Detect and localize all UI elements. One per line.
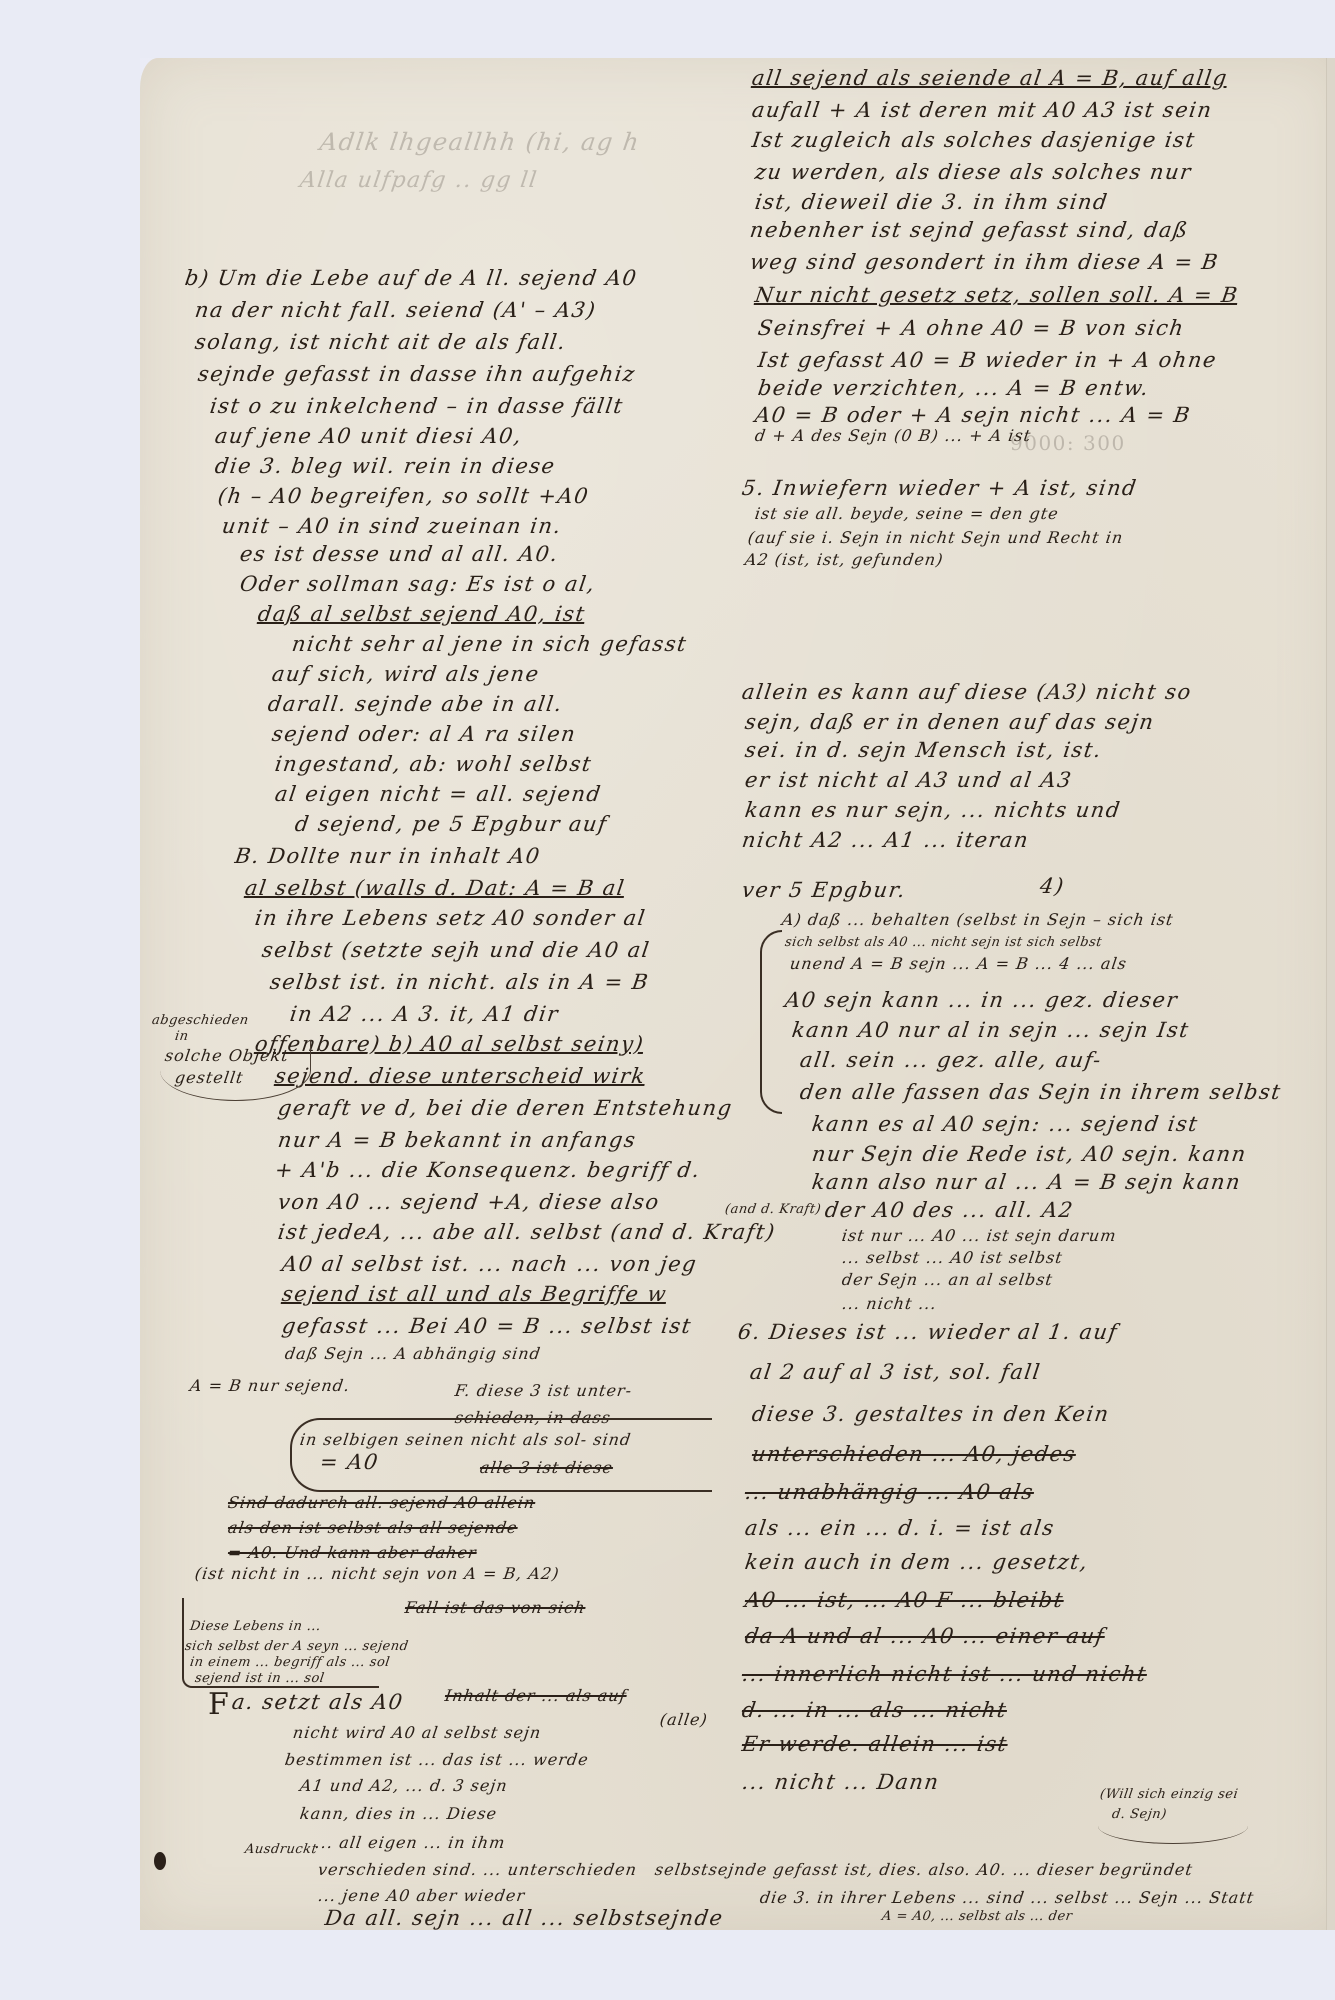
section-5-line: ist sie all. beyde, seine = den gte	[754, 506, 1060, 522]
text-line: von A0 ... sejend +A, diese also	[277, 1192, 662, 1213]
paragraph-line: sejn, daß er in denen auf das sejn	[744, 712, 1156, 733]
text-line: geraft ve d, bei die deren Entstehung	[277, 1098, 735, 1119]
text-line: sejend. diese unterscheid wirk	[274, 1066, 648, 1087]
section-5-line: A2 (ist, ist, gefunden)	[744, 552, 945, 568]
paragraph-line: nicht A2 ... A1 ... iteran	[741, 830, 1031, 851]
section-6-line: als ... ein ... d. i. = ist als	[744, 1518, 1057, 1539]
text-line: auf sich, wird als jene	[271, 664, 542, 685]
text-line: es ist desse und al all. A0.	[239, 544, 561, 565]
struck-line: Inhalt der ... als auf	[444, 1688, 628, 1704]
text-line: in ihre Lebens setz A0 sonder al	[254, 908, 648, 929]
section-4-line: nur Sejn die Rede ist, A0 sejn. kann	[811, 1144, 1249, 1165]
note-lead: F. diese 3 ist unter-	[454, 1383, 633, 1399]
text-line: sejend oder: al A ra silen	[271, 724, 578, 745]
text-line: daß al selbst sejend A0, ist	[257, 604, 587, 625]
closing-note: (Will sich einzig sei	[1099, 1788, 1239, 1801]
paragraph-line: ver 5 Epgbur.	[741, 880, 908, 901]
bleedthrough-text: Alla ulfpafg .. gg ll	[298, 170, 539, 192]
text-line: verschieden sind. ... unterschieden	[317, 1862, 638, 1878]
struck-line: Fall ist das von sich	[404, 1600, 587, 1616]
bottom-line: A = A0, ... selbst als ... der	[881, 1910, 1073, 1923]
bleedthrough-text: Adlk lhgeallhh (hi, ag h	[318, 130, 641, 154]
note-bracket	[290, 1418, 712, 1492]
text-line: darall. sejnde abe in all.	[267, 694, 565, 715]
section-4-line: der A0 des ... all. A2	[824, 1200, 1076, 1221]
text-line: al eigen nicht = all. sejend	[274, 784, 603, 805]
section-4-line: unend A = B sejn ... A = B ... 4 ... als	[789, 956, 1128, 972]
paragraph-line: kann es nur sejn, ... nichts und	[744, 800, 1123, 821]
text-line: Da all. sejn ... all ... selbstsejnde	[324, 1908, 725, 1929]
text-line: A0 al selbst ist. ... nach ... von jeg	[281, 1254, 699, 1275]
text-line: A = B nur sejend.	[189, 1378, 351, 1394]
section-4-line: ... nicht ...	[841, 1296, 938, 1312]
text-line: selbst ist. in nicht. als in A = B	[269, 972, 651, 993]
text-line: nur A = B bekannt in anfangs	[277, 1130, 638, 1151]
section-4-line: kann also nur al ... A = B sejn kann	[811, 1172, 1243, 1193]
text-line: + A'b ... die Konsequenz. begriff d.	[274, 1160, 702, 1181]
text-line: (h – A0 begreifen, so sollt +A0	[217, 486, 591, 507]
f-note-label: a. setzt als A0	[231, 1692, 405, 1713]
section-number: 4)	[1039, 876, 1067, 897]
text-line: d sejend, pe 5 Epgbur auf	[294, 814, 609, 835]
text-line: Ist zugleich als solches dasjenige ist	[751, 130, 1197, 151]
text-line: b) Um die Lebe auf de A ll. sejend A0	[184, 268, 639, 289]
section-6-line: kein auch in dem ... gesetzt,	[744, 1552, 1090, 1573]
margin-note: abgeschieden	[151, 1014, 249, 1027]
side-note: (and d. Kraft)	[724, 1203, 822, 1216]
text-line: gefasst ... Bei A0 = B ... selbst ist	[281, 1316, 694, 1337]
text-line: nicht wird A0 al selbst sejn	[292, 1725, 543, 1741]
section-5-line: (auf sie i. Sejn in nicht Sejn und Recht…	[747, 530, 1124, 546]
text-line: offenbare) b) A0 al selbst seiny)	[254, 1034, 646, 1055]
text-line: ist o zu inkelchend – in dasse fällt	[209, 396, 625, 417]
section-4-line: ... selbst ... A0 ist selbst	[841, 1250, 1064, 1266]
section-5-line: 5. Inwiefern wieder + A ist, sind	[741, 478, 1139, 499]
text-line: nicht sehr al jene in sich gefasst	[291, 634, 689, 655]
text-line: na der nicht fall. seiend (A' – A3)	[194, 300, 598, 321]
section-4-line: all. sein ... gez. alle, auf-	[799, 1050, 1104, 1071]
text-line: aufall + A ist deren mit A0 A3 ist sein	[751, 100, 1214, 121]
section-6-line: unterschieden ... A0, jedes	[751, 1444, 1078, 1465]
text-line: die 3. bleg wil. rein in diese	[214, 456, 557, 477]
text-line: nebenher ist sejnd gefasst sind, daß	[749, 220, 1191, 241]
section-6-line: al 2 auf al 3 ist, sol. fall	[749, 1362, 1043, 1383]
paragraph-line: er ist nicht al A3 und al A3	[744, 770, 1074, 791]
text-line: Oder sollman sag: Es ist o al,	[239, 574, 597, 595]
text-line: bestimmen ist ... das ist ... werde	[284, 1752, 590, 1768]
text-line: beide verzichten, ... A = B entw.	[757, 378, 1151, 399]
section-4-line: kann es al A0 sejn: ... sejend ist	[811, 1114, 1200, 1135]
struck-line: = A0. Und kann aber daher	[227, 1545, 478, 1561]
paragraph-line: allein es kann auf diese (A3) nicht so	[741, 682, 1194, 703]
text-line: sejnde gefasst in dasse ihn aufgehiz	[197, 364, 638, 385]
text-line: ... all eigen ... in ihm	[314, 1835, 507, 1851]
text-line: d + A des Sejn (0 B) ... + A ist	[754, 428, 1032, 444]
text-line: ist, dieweil die 3. in ihm sind	[754, 192, 1110, 213]
text-line: Seinsfrei + A ohne A0 = B von sich	[757, 318, 1186, 339]
ink-blot	[154, 1852, 166, 1870]
text-line: A1 und A2, ... d. 3 sejn	[299, 1778, 509, 1794]
text-line: Nur nicht gesetz setz, sollen soll. A = …	[754, 285, 1240, 306]
text-line: auf jene A0 unit diesi A0,	[214, 426, 524, 447]
margin-note: Ausdruckt	[244, 1843, 318, 1856]
paragraph-line: sei. in d. sejn Mensch ist, ist.	[744, 740, 1104, 761]
section-6-line: ... innerlich nicht ist ... und nicht	[741, 1664, 1149, 1685]
text-line: daß Sejn ... A abhängig sind	[284, 1346, 542, 1362]
text-line: A0 = B oder + A sejn nicht ... A = B	[754, 405, 1193, 426]
text-line: all sejend als seiende al A = B, auf all…	[751, 68, 1230, 89]
section-6-line: A0 ... ist, ... A0 F ... bleibt	[744, 1590, 1066, 1611]
bottom-line: selbstsejnde gefasst ist, dies. also. A0…	[654, 1862, 1194, 1878]
text-line: (ist nicht in ... nicht sejn von A = B, …	[194, 1566, 561, 1582]
section-4-line: der Sejn ... an al selbst	[841, 1272, 1054, 1288]
text-line: kann, dies in ... Diese	[299, 1806, 498, 1822]
page-fold-edge	[1326, 58, 1335, 1930]
section-6-line: 6. Dieses ist ... wieder al 1. auf	[737, 1322, 1120, 1343]
text-line: ingestand, ab: wohl selbst	[274, 754, 594, 775]
section-6-line: da A und al ... A0 ... einer auf	[744, 1626, 1107, 1647]
section-4-line: den alle fassen das Sejn in ihrem selbst	[799, 1082, 1283, 1103]
text-line: in A2 ... A 3. it, A1 dir	[289, 1004, 561, 1025]
text-line: unit – A0 in sind zueinan in.	[221, 516, 564, 537]
text-line: ist jedeA, ... abe all. selbst (and d. K…	[277, 1222, 778, 1243]
section-4-line: ist nur ... A0 ... ist sejn darum	[841, 1228, 1118, 1244]
struck-line: Sind dadurch all. sejend A0 allein	[227, 1495, 536, 1511]
section-bracket	[760, 930, 782, 1114]
closing-note-underline	[1098, 1808, 1248, 1844]
text-line: selbst (setzte sejh und die A0 al	[261, 940, 652, 961]
section-6-line: d. ... in ... als ... nicht	[741, 1700, 1009, 1721]
section-4-line: A0 sejn kann ... in ... gez. dieser	[784, 990, 1180, 1011]
section-4-line: sich selbst als A0 ... nicht sejn ist si…	[784, 936, 1103, 949]
note-box	[182, 1598, 379, 1688]
section-6-line: ... unabhängig ... A0 als	[744, 1482, 1036, 1503]
struck-line: als den ist selbst als all sejende	[227, 1520, 519, 1536]
bottom-line: die 3. in ihrer Lebens ... sind ... selb…	[759, 1890, 1255, 1906]
text-line: solang, ist nicht ait de als fall.	[194, 332, 568, 353]
text-line: sejend ist all und als Begriffe w	[281, 1284, 669, 1305]
section-6-line: ... nicht ... Dann	[741, 1772, 941, 1793]
f-glyph: F	[208, 1690, 230, 1720]
text-line: Ist gefasst A0 = B wieder in + A ohne	[757, 350, 1219, 371]
text-line: zu werden, als diese als solches nur	[754, 162, 1194, 183]
paren-note: (alle)	[659, 1712, 709, 1728]
section-6-line: diese 3. gestaltes in den Kein	[751, 1404, 1112, 1425]
section-6-line: Er werde. allein ... ist	[741, 1734, 1010, 1755]
text-line: weg sind gesondert in ihm diese A = B	[749, 252, 1221, 273]
text-line: al selbst (walls d. Dat: A = B al	[244, 878, 627, 899]
section-4-line: kann A0 nur al in sejn ... sejn Ist	[791, 1020, 1191, 1041]
text-line: ... jene A0 aber wieder	[317, 1888, 526, 1904]
section-4-line: A) daß ... behalten (selbst in Sejn – si…	[781, 912, 1175, 928]
margin-note-enclosure	[160, 1040, 311, 1101]
text-line: B. Dollte nur in inhalt A0	[234, 846, 543, 867]
